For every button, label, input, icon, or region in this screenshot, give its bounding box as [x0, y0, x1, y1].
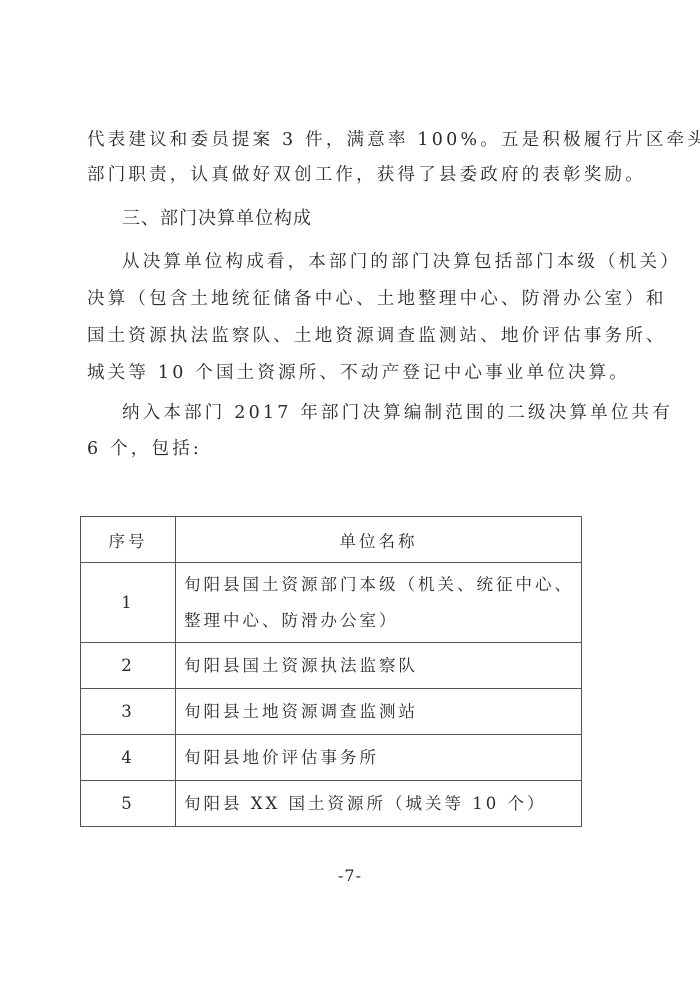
row-number: 3 — [81, 689, 176, 735]
paragraph-line: 国土资源执法监察队、土地资源调查监测站、地价评估事务所、 — [87, 324, 667, 348]
paragraph-line: 城关等 10 个国土资源所、不动产登记中心事业单位决算。 — [87, 361, 630, 385]
row-unit-name: 旬阳县国土资源部门本级（机关、统征中心、整理中心、防滑办公室） — [176, 563, 582, 643]
row-number: 5 — [81, 781, 176, 827]
paragraph-line: 决算（包含土地统征储备中心、土地整理中心、防滑办公室）和 — [87, 287, 667, 311]
table-row: 3 旬阳县土地资源调查监测站 — [81, 689, 582, 735]
table-row: 2 旬阳县国土资源执法监察队 — [81, 643, 582, 689]
row-unit-name: 旬阳县土地资源调查监测站 — [176, 689, 582, 735]
table-row: 5 旬阳县 XX 国土资源所（城关等 10 个） — [81, 781, 582, 827]
paragraph-line: 从决算单位构成看，本部门的部门决算包括部门本级（机关） — [122, 250, 681, 274]
row-unit-name: 旬阳县地价评估事务所 — [176, 735, 582, 781]
column-header-unit-name: 单位名称 — [176, 517, 582, 563]
row-unit-name: 旬阳县 XX 国土资源所（城关等 10 个） — [176, 781, 582, 827]
paragraph-line: 6 个，包括: — [87, 437, 202, 461]
paragraph-line: 纳入本部门 2017 年部门决算编制范围的二级决算单位共有 — [122, 401, 673, 425]
paragraph-line: 代表建议和委员提案 3 件，满意率 100%。五是积极履行片区牵头 — [87, 128, 700, 152]
section-heading: 三、部门决算单位构成 — [122, 207, 312, 231]
row-number: 1 — [81, 563, 176, 643]
row-number: 4 — [81, 735, 176, 781]
row-number: 2 — [81, 643, 176, 689]
budget-units-table: 序号 单位名称 1 旬阳县国土资源部门本级（机关、统征中心、整理中心、防滑办公室… — [80, 516, 582, 827]
column-header-number: 序号 — [81, 517, 176, 563]
table-row: 4 旬阳县地价评估事务所 — [81, 735, 582, 781]
table-row: 1 旬阳县国土资源部门本级（机关、统征中心、整理中心、防滑办公室） — [81, 563, 582, 643]
paragraph-line: 部门职责，认真做好双创工作，获得了县委政府的表彰奖励。 — [87, 163, 646, 187]
page-number: -7- — [0, 866, 700, 885]
document-page: 代表建议和委员提案 3 件，满意率 100%。五是积极履行片区牵头 部门职责，认… — [0, 0, 700, 990]
table-header-row: 序号 单位名称 — [81, 517, 582, 563]
row-unit-name: 旬阳县国土资源执法监察队 — [176, 643, 582, 689]
